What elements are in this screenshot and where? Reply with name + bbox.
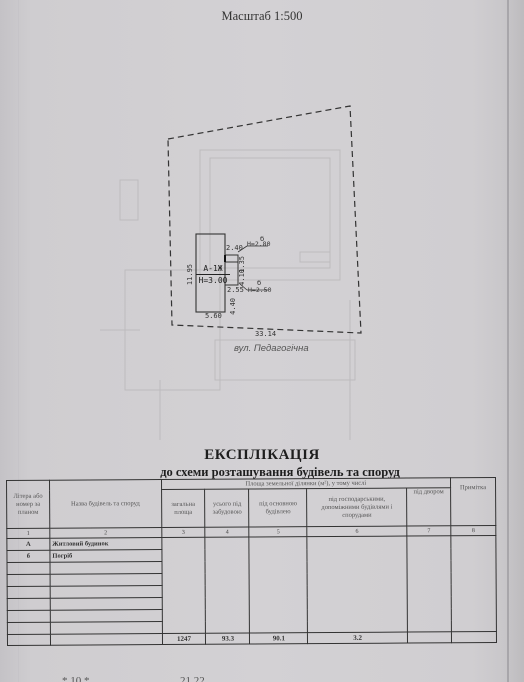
cell-yard-blank xyxy=(407,536,451,632)
total-built: 93.3 xyxy=(206,633,250,644)
dim-plot-front: 33.14 xyxy=(255,331,276,338)
footer-fragment-left: * 10 * xyxy=(62,675,90,682)
cell-main-blank xyxy=(249,537,307,633)
col-num-2: 2 xyxy=(50,528,162,539)
annex-g-height: Н=2.50 xyxy=(248,287,271,294)
total-yard xyxy=(408,632,452,643)
row-name xyxy=(50,622,162,635)
total-auxiliary: 3.2 xyxy=(308,632,408,644)
row-name xyxy=(50,574,162,587)
header-main-building: під основною будівлею xyxy=(249,489,307,527)
row-letter: А xyxy=(7,538,50,550)
footer-fragment-right: 21.22 xyxy=(180,675,205,682)
header-yard: під двором xyxy=(407,488,451,526)
building-label: А-1Ж Н=3.00 xyxy=(196,263,230,286)
row-letter xyxy=(7,586,50,598)
dim-building-length: 11.95 xyxy=(187,264,194,285)
col-num-6: 6 xyxy=(307,526,407,537)
cell-aux-blank xyxy=(307,536,407,633)
cell-note-blank xyxy=(451,536,497,632)
header-letter: Літера або номер за планом xyxy=(7,480,50,528)
totals-name xyxy=(50,634,162,646)
total-note xyxy=(451,632,496,643)
row-letter xyxy=(7,610,50,622)
header-total: загальна площа xyxy=(161,489,205,527)
row-letter xyxy=(7,574,50,586)
cell-total-blank xyxy=(161,537,206,633)
dim-annex-bottom-depth: 4.40 xyxy=(230,298,237,315)
col-num-7: 7 xyxy=(407,526,451,536)
row-letter xyxy=(7,598,50,610)
row-letter xyxy=(7,562,50,574)
total-main-building: 90.1 xyxy=(250,633,308,644)
annex-b-height: Н=2.80 xyxy=(247,241,270,248)
header-name: Назва будівель та споруд xyxy=(49,480,161,529)
total-area: 1247 xyxy=(162,633,206,644)
row-name xyxy=(50,610,162,623)
explication-table: Літера або номер за планом Назва будівел… xyxy=(6,477,497,646)
header-auxiliary: під господарськими, допоміжними будівлям… xyxy=(307,488,407,527)
row-name: Погріб xyxy=(50,550,162,563)
header-built-total: усього під забудовою xyxy=(205,489,249,527)
col-num-4: 4 xyxy=(205,527,249,537)
row-name: Житловий будинок xyxy=(50,538,162,551)
col-num-3: 3 xyxy=(161,527,205,537)
col-num-8: 8 xyxy=(451,526,496,536)
totals-letter xyxy=(7,634,50,645)
dim-building-width: 5.60 xyxy=(205,313,222,320)
col-num-5: 5 xyxy=(249,527,307,537)
site-plan-drawing xyxy=(0,0,524,440)
dim-annex-top-width: 2.40 xyxy=(226,245,243,252)
row-letter: б xyxy=(7,550,50,562)
row-name xyxy=(50,586,162,599)
header-note: Примітка xyxy=(450,478,495,526)
site-plan: А-1Ж Н=3.00 11.95 5.60 2.40 1.35 4.10 2.… xyxy=(0,0,524,440)
table-row: А Житловий будинок xyxy=(7,536,496,551)
dim-annex-bottom-width: 2.55 xyxy=(227,287,244,294)
row-letter xyxy=(7,622,50,634)
col-num-1: 1 xyxy=(7,528,50,538)
row-name xyxy=(50,562,162,575)
street-label: вул. Педагогічна xyxy=(234,343,309,354)
explication-title: ЕКСПЛІКАЦІЯ xyxy=(0,447,524,464)
totals-row: 1247 93.3 90.1 3.2 xyxy=(7,632,496,646)
dim-annex-side: 4.10 xyxy=(239,269,246,286)
cell-built-blank xyxy=(205,537,250,633)
row-name xyxy=(50,598,162,611)
